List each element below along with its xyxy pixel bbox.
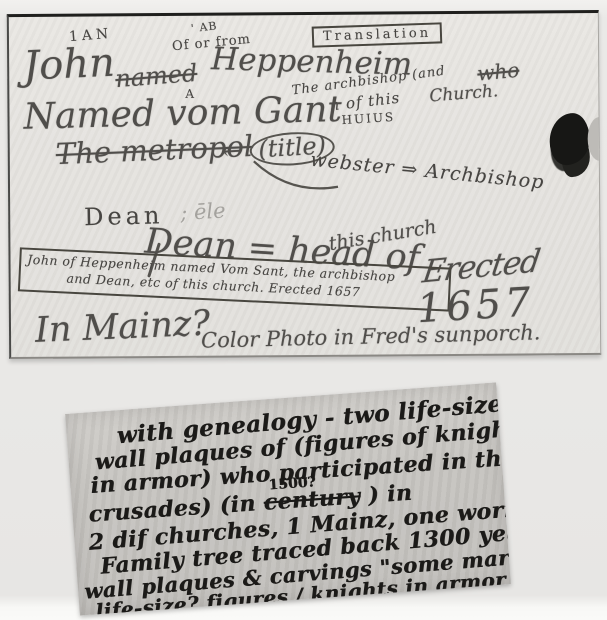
bottom-note-card: with genealogy - two life-size wall plaq… (65, 382, 511, 615)
arrow-left-icon: ← (221, 136, 243, 165)
inserted-date: 1500? (268, 475, 316, 492)
smudge-mark (588, 117, 602, 161)
ink-blot (550, 113, 590, 165)
scanned-notes-page: 1AN ' AB Of or from Translation John nam… (0, 0, 607, 620)
struck-who: who (476, 60, 520, 84)
webster-archbishop-line: webster ⇒ Archbishop (310, 151, 546, 193)
top-note-card: 1AN ' AB Of or from Translation John nam… (7, 10, 601, 359)
in-mainz-line: In Mainz? (34, 307, 210, 349)
dean-faint-mark: ; ēle (180, 200, 226, 224)
name-john: John (22, 43, 115, 87)
color-photo-note: Color Photo in Fred's sunporch. (201, 322, 541, 351)
note-church: Church. (429, 83, 499, 105)
line-named-vom-gant: Named vom Gant (23, 92, 342, 136)
note-huius: HUIUS (341, 111, 395, 126)
insert-ab: ' AB (190, 20, 218, 34)
